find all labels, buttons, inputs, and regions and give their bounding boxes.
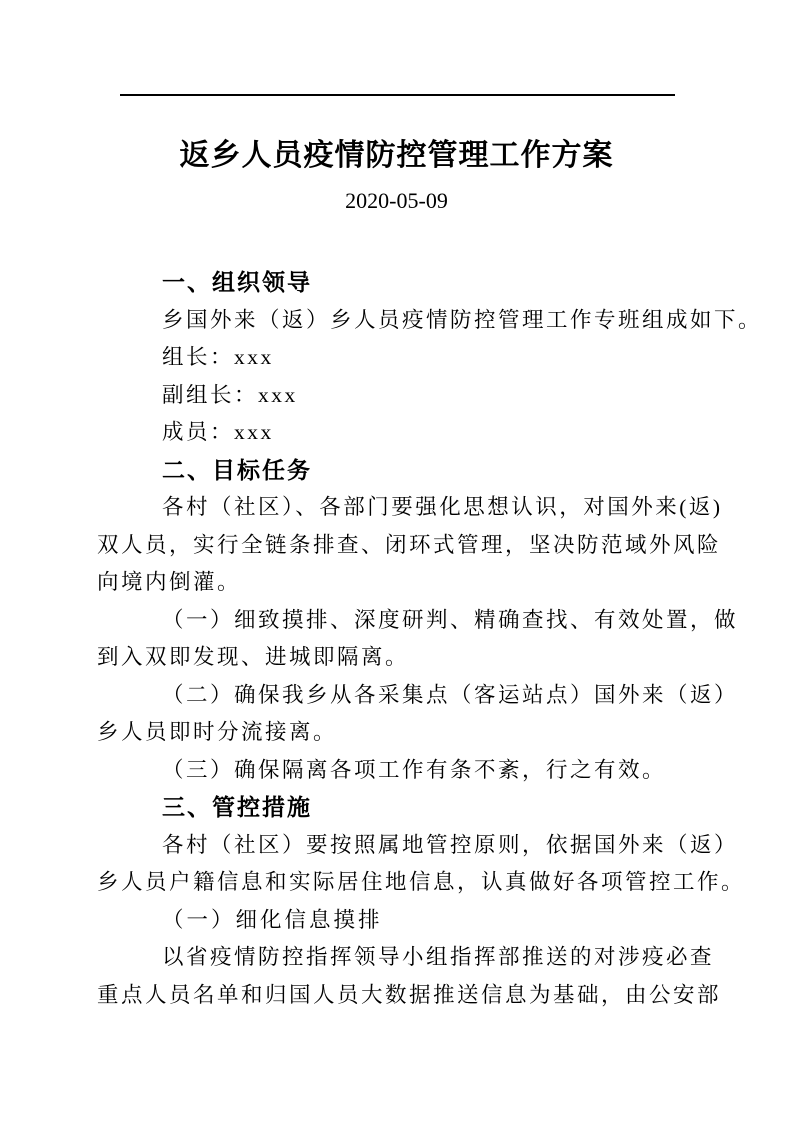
text-line: 乡国外来（返）乡人员疫情防控管理工作专班组成如下。: [97, 302, 697, 340]
text-line: （三）确保隔离各项工作有条不紊，行之有效。: [97, 752, 697, 790]
text-line: 各村（社区）、各部门要强化思想认识，对国外来(返): [97, 489, 697, 527]
text-line: 重点人员名单和归国人员大数据推送信息为基础，由公安部: [97, 977, 697, 1015]
document-page: 返乡人员疫情防控管理工作方案 2020-05-09 一、组织领导乡国外来（返）乡…: [0, 0, 793, 1122]
document-date: 2020-05-09: [0, 188, 793, 214]
text-line: 组长：xxx: [97, 339, 697, 377]
text-line: 以省疫情防控指挥领导小组指挥部推送的对涉疫必查: [97, 939, 697, 977]
sub-heading: （一）细化信息摸排: [97, 902, 697, 940]
text-line: 乡人员户籍信息和实际居住地信息，认真做好各项管控工作。: [97, 864, 697, 902]
text-line: （一）细致摸排、深度研判、精确查找、有效处置，做: [97, 602, 697, 640]
section-heading: 二、目标任务: [97, 452, 697, 490]
section-heading: 一、组织领导: [97, 264, 697, 302]
text-line: 副组长：xxx: [97, 377, 697, 415]
text-line: 双人员，实行全链条排查、闭环式管理，坚决防范域外风险: [97, 527, 697, 565]
text-line: 成员：xxx: [97, 414, 697, 452]
text-line: （二）确保我乡从各采集点（客运站点）国外来（返）: [97, 677, 697, 715]
text-line: 向境内倒灌。: [97, 564, 697, 602]
text-line: 各村（社区）要按照属地管控原则，依据国外来（返）: [97, 827, 697, 865]
document-title: 返乡人员疫情防控管理工作方案: [0, 136, 793, 176]
header-rule: [120, 94, 675, 96]
text-line: 到入双即发现、进城即隔离。: [97, 639, 697, 677]
section-heading: 三、管控措施: [97, 789, 697, 827]
document-body: 一、组织领导乡国外来（返）乡人员疫情防控管理工作专班组成如下。组长：xxx副组长…: [97, 264, 697, 1014]
text-line: 乡人员即时分流接离。: [97, 714, 697, 752]
